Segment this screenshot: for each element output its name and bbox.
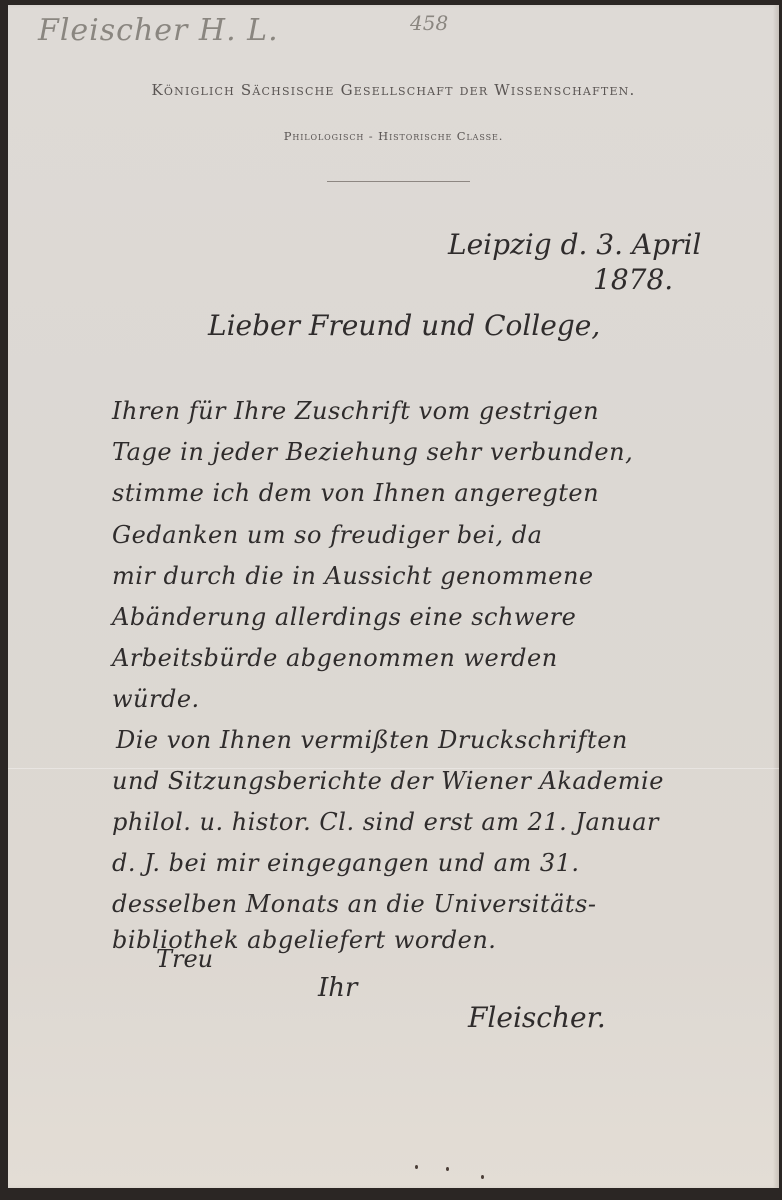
body-line: würde. bbox=[112, 685, 200, 713]
folio-number: 458 bbox=[410, 11, 448, 35]
scan-frame: Fleischer H. L. 458 Königlich Sächsische… bbox=[0, 0, 782, 1200]
letter-page: Fleischer H. L. 458 Königlich Sächsische… bbox=[8, 5, 779, 1188]
place-date: Leipzig d. 3. April bbox=[448, 227, 701, 263]
body-line: desselben Monats an die Universitäts- bbox=[112, 890, 596, 918]
letter-year: 1878. bbox=[593, 263, 673, 296]
body-line: d. J. bei mir eingegangen und am 31. bbox=[112, 849, 580, 877]
signature: Fleischer. bbox=[468, 1001, 606, 1034]
body-line: Abänderung allerdings eine schwere bbox=[112, 603, 576, 631]
paper-speck bbox=[446, 1167, 449, 1171]
body-line: und Sitzungsberichte der Wiener Akademie bbox=[112, 767, 664, 795]
letterhead-divider bbox=[327, 181, 470, 182]
body-line: philol. u. histor. Cl. sind erst am 21. … bbox=[112, 808, 659, 836]
body-line: Gedanken um so freudiger bei, da bbox=[112, 521, 542, 549]
body-line: Tage in jeder Beziehung sehr verbunden, bbox=[112, 438, 633, 466]
body-line: Die von Ihnen vermißten Druckschriften bbox=[116, 726, 628, 754]
closing-word: Treu bbox=[156, 945, 213, 973]
salutation: Lieber Freund und College, bbox=[208, 309, 600, 342]
paper-edge-shadow bbox=[773, 5, 779, 1188]
body-line: stimme ich dem von Ihnen angeregten bbox=[112, 479, 599, 507]
letterhead-classe: Philologisch - Historische Classe. bbox=[8, 129, 779, 143]
closing-ihr: Ihr bbox=[318, 973, 357, 1003]
letterhead-society: Königlich Sächsische Gesellschaft der Wi… bbox=[8, 81, 779, 99]
body-line: mir durch die in Aussicht genommene bbox=[112, 562, 594, 590]
archival-author-note: Fleischer H. L. bbox=[38, 13, 279, 48]
body-line: Ihren für Ihre Zuschrift vom gestrigen bbox=[112, 397, 599, 425]
paper-speck bbox=[415, 1165, 418, 1169]
paper-speck bbox=[481, 1175, 484, 1179]
body-line: Arbeitsbürde abgenommen werden bbox=[112, 644, 558, 672]
